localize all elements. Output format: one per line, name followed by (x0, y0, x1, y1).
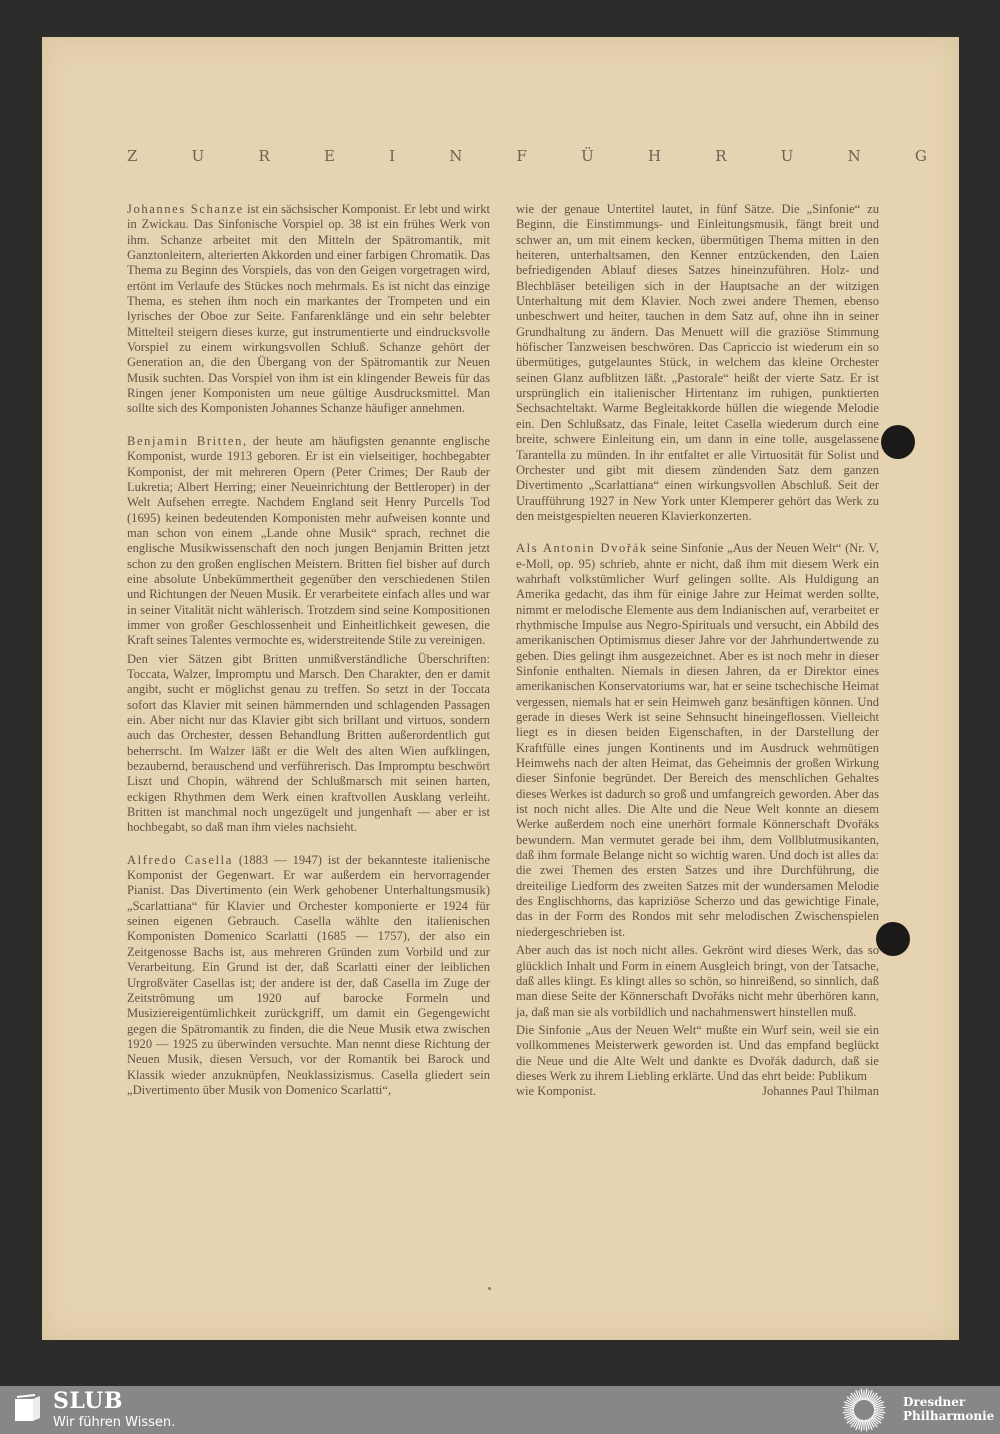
paragraph: Benjamin Britten, der heute am häufigste… (127, 434, 490, 649)
paragraph-text: Aber auch das ist noch nicht alles. Gekr… (516, 943, 879, 1018)
heading-letter: E (324, 147, 335, 165)
right-column: wie der genaue Untertitel lautet, in fün… (516, 202, 879, 1100)
book-icon (14, 1394, 42, 1422)
heading-letter: N (449, 147, 462, 165)
heading-letter: I (389, 147, 395, 165)
heading-letter: R (258, 147, 269, 165)
paragraph: Alfredo Casella (1883 — 1947) ist der be… (127, 853, 490, 1099)
closing-text: wie Komponist. (516, 1084, 596, 1099)
sunburst-ring-icon (842, 1388, 886, 1432)
paragraph-text: ist ein sächsischer Komponist. Er lebt u… (127, 202, 490, 415)
signature-line: wie Komponist.Johannes Paul Thilman (516, 1084, 879, 1099)
punch-hole (881, 425, 915, 459)
philharmonie-brand[interactable]: Dresdner Philharmonie (903, 1395, 994, 1423)
paragraph-text: (1883 — 1947) ist der bekannteste italie… (127, 853, 490, 1097)
brand-line: Philharmonie (903, 1409, 994, 1423)
composer-name: Als Antonin Dvořák (516, 541, 648, 555)
heading-letter: H (648, 147, 661, 165)
paragraph: Den vier Sätzen gibt Britten unmißverstä… (127, 652, 490, 836)
paragraph: Die Sinfonie „Aus der Neuen Welt“ mußte … (516, 1023, 879, 1084)
paragraph-text: wie der genaue Untertitel lautet, in fün… (516, 202, 879, 523)
document-page: ZUREINFÜHRUNG Johannes Schanze ist ein s… (42, 37, 959, 1340)
brand-line: Dresdner (903, 1395, 994, 1409)
heading-letter: R (715, 147, 726, 165)
paragraph: Aber auch das ist noch nicht alles. Gekr… (516, 943, 879, 1020)
paragraph-text: , der heute am häufigsten genannte engli… (127, 434, 490, 647)
paragraph: Als Antonin Dvořák seine Sinfonie „Aus d… (516, 541, 879, 940)
slub-tagline: Wir führen Wissen. (53, 1415, 175, 1430)
heading-letter: Ü (581, 147, 594, 165)
composer-name: Benjamin Britten (127, 434, 243, 448)
paragraph-text: seine Sinfonie „Aus der Neuen Welt“ (Nr.… (516, 541, 879, 939)
heading-letter: U (192, 147, 205, 165)
slub-brand[interactable]: SLUB (53, 1388, 123, 1414)
composer-name: Johannes Schanze (127, 202, 244, 216)
composer-name: Alfredo Casella (127, 853, 233, 867)
paragraph-text: Die Sinfonie „Aus der Neuen Welt“ mußte … (516, 1023, 879, 1083)
heading-letter: G (915, 147, 927, 165)
punch-hole (876, 922, 910, 956)
author-signature: Johannes Paul Thilman (762, 1084, 879, 1099)
heading-letter: F (517, 147, 527, 165)
paragraph: wie der genaue Untertitel lautet, in fün… (516, 202, 879, 524)
left-column: Johannes Schanze ist ein sächsischer Kom… (127, 202, 490, 1098)
heading-letter: Z (127, 147, 137, 165)
heading-letter: N (848, 147, 861, 165)
paragraph-text: Den vier Sätzen gibt Britten unmißverstä… (127, 652, 490, 835)
print-speck (488, 1287, 491, 1290)
footer-bar: SLUB Wir führen Wissen. Dresdner Philhar… (0, 1386, 1000, 1434)
page-heading: ZUREINFÜHRUNG (127, 147, 927, 165)
heading-letter: U (781, 147, 794, 165)
paragraph: Johannes Schanze ist ein sächsischer Kom… (127, 202, 490, 417)
